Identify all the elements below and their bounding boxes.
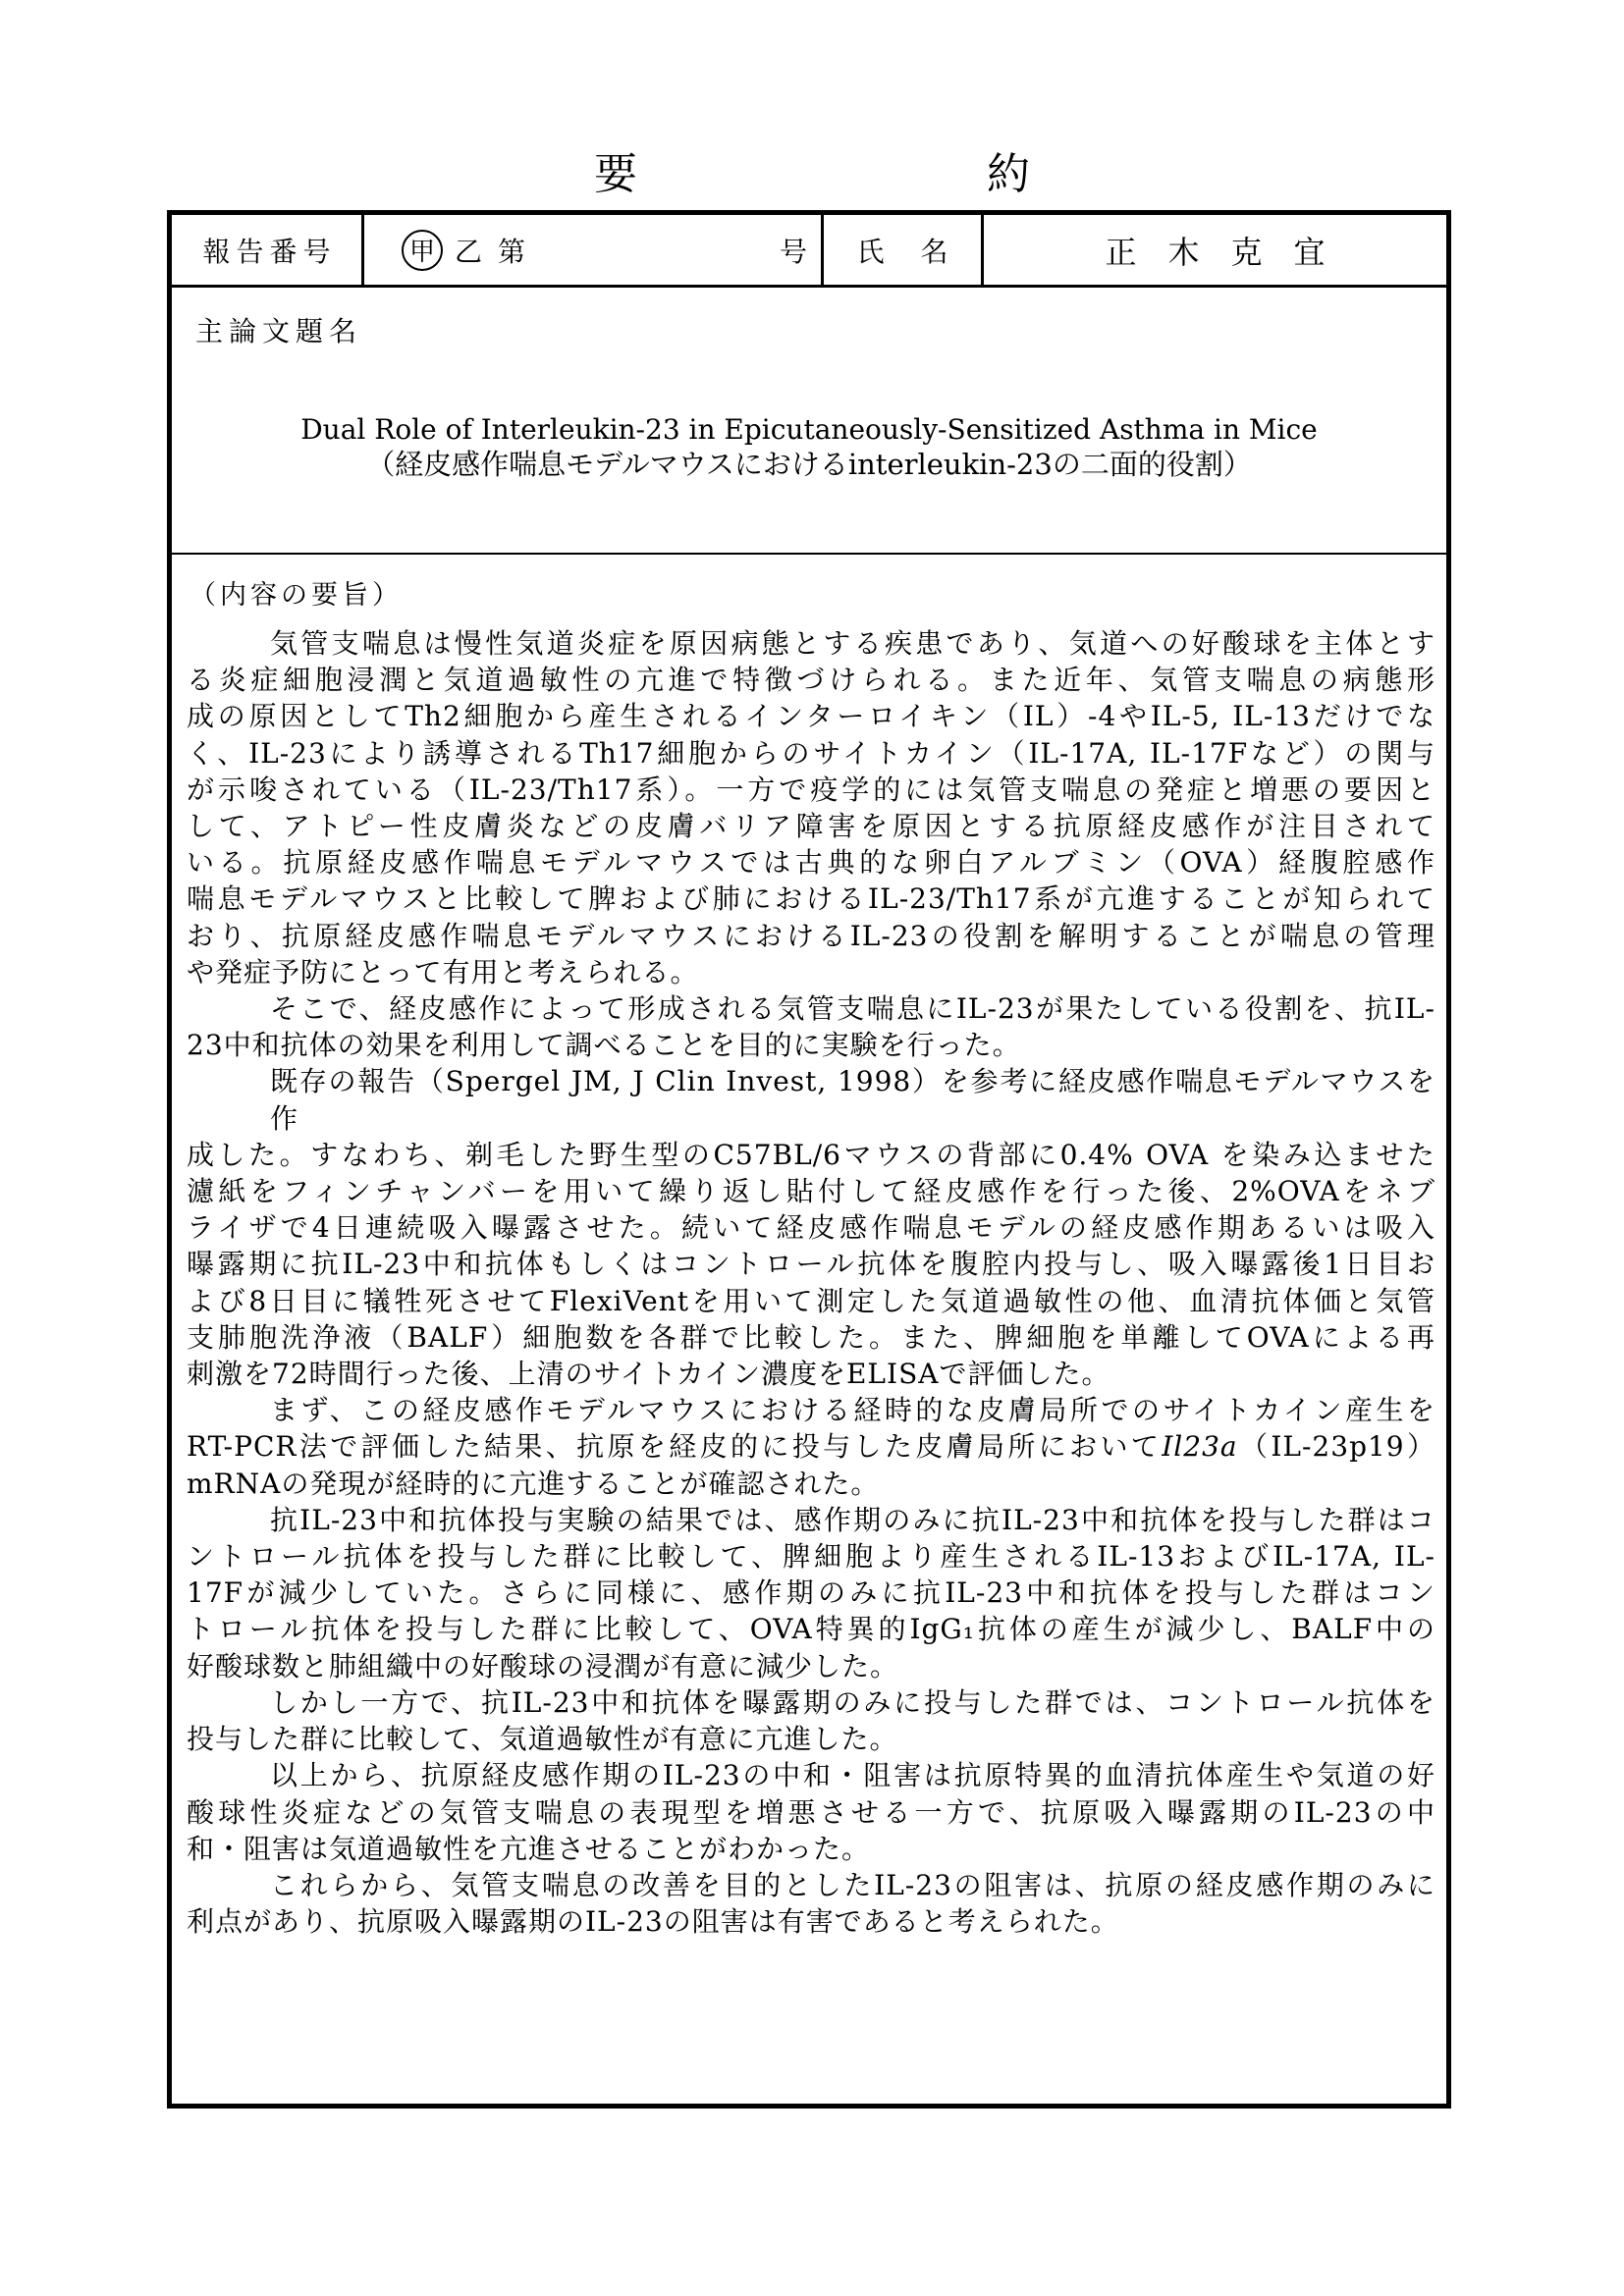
body-line: RT-PCR法で評価した結果、抗原を経皮的に投与した皮膚局所においてIl23a（… [187,1428,1435,1465]
body-line: 投与した群に比較して、気道過敏性が有意に亢進した。 [187,1721,1435,1757]
header-row: 報告番号 甲 乙 第 号 氏名 正木克宜 [172,215,1446,288]
body-line: よび8日目に犠牲死させてFlexiVentを用いて測定した気道過敏性の他、血清抗… [187,1283,1435,1319]
page-title: 要 約 [0,153,1624,196]
page-title-char-you: 要 [594,153,637,196]
summary-heading: （内容の要旨） [189,580,403,612]
report-number-label: 報告番号 [202,231,336,270]
body-line: 抗IL-23中和抗体投与実験の結果では、感作期のみに抗IL-23中和抗体を投与し… [187,1502,1435,1538]
name-value-cell: 正木克宜 [984,215,1446,285]
body-line: 刺激を72時間行った後、上清のサイトカイン濃度をELISAで評価した。 [187,1356,1435,1392]
italic-gene-name: Il23a [1162,1430,1237,1463]
thesis-title-japanese: （経皮感作喘息モデルマウスにおけるinterleukin-23の二面的役割） [172,448,1446,482]
body-line: 成の原因としてTh2細胞から産生されるインターロイキン（IL）-4やIL-5, … [187,698,1435,734]
report-number-label-cell: 報告番号 [172,215,364,285]
body-line: 成した。すなわち、剃毛した野生型のC57BL/6マウスの背部に0.4% OVA … [187,1137,1435,1173]
form-box: 報告番号 甲 乙 第 号 氏名 正木克宜 主論文題名 Dual Role of … [167,210,1451,2109]
body-line: 以上から、抗原経皮感作期のIL-23の中和・阻害は抗原特異的血清抗体産生や気道の… [187,1757,1435,1793]
thesis-title-section: 主論文題名 Dual Role of Interleukin-23 in Epi… [172,288,1446,555]
body-line: そこで、経皮感作によって形成される気管支喘息にIL-23が果たしている役割を、抗… [187,990,1435,1027]
body-line: 曝露期に抗IL-23中和抗体もしくはコントロール抗体を腹腔内投与し、吸入曝露後1… [187,1246,1435,1282]
thesis-title-english: Dual Role of Interleukin-23 in Epicutane… [172,413,1446,447]
name-value: 正木克宜 [1105,228,1356,273]
body-line: が示唆されている（IL-23/Th17系）。一方で疫学的には気管支喘息の発症と増… [187,772,1435,808]
body-line: 濾紙をフィンチャンバーを用いて繰り返し貼付して経皮感作を行った後、2%OVAをネ… [187,1173,1435,1209]
page-title-char-yaku: 約 [987,153,1030,196]
body-line: や発症予防にとって有用と考えられる。 [187,954,1435,990]
body-line: 利点があり、抗原吸入曝露期のIL-23の阻害は有害であると考えられた。 [187,1903,1435,1940]
body-line: ントロール抗体を投与した群に比較して、脾細胞より産生されるIL-13およびIL-… [187,1538,1435,1575]
name-label: 氏名 [856,231,984,270]
body-line: 既存の報告（Spergel JM, J Clin Invest, 1998）を参… [187,1063,1435,1136]
dai-prefix: 第 [498,231,525,270]
body-line: mRNAの発現が経時的に亢進することが確認された。 [187,1466,1435,1502]
body-line: 喘息モデルマウスと比較して脾および肺におけるIL-23/Th17系が亢進すること… [187,881,1435,917]
summary-section: （内容の要旨） 気管支喘息は慢性気道炎症を原因病態とする疾患であり、気道への好酸… [172,555,1446,2104]
gou-suffix: 号 [780,231,807,270]
body-line: おり、抗原経皮感作喘息モデルマウスにおけるIL-23の役割を解明することが喘息の… [187,918,1435,954]
body-line: 気管支喘息は慢性気道炎症を原因病態とする疾患であり、気道への好酸球を主体とす [187,625,1435,662]
otsu-mark: 乙 [455,231,482,270]
body-line: く、IL-23により誘導されるTh17細胞からのサイトカイン（IL-17A, I… [187,735,1435,772]
kou-circled-mark: 甲 [402,230,443,271]
summary-body: 気管支喘息は慢性気道炎症を原因病態とする疾患であり、気道への好酸球を主体とする炎… [187,625,1435,1940]
thesis-title-label: 主論文題名 [195,315,362,348]
abstract-page: 要 約 報告番号 甲 乙 第 号 氏名 正木克宜 主論文題名 Dual Role… [0,0,1624,2296]
body-line: 和・阻害は気道過敏性を亢進させることがわかった。 [187,1831,1435,1867]
body-line: して、アトピー性皮膚炎などの皮膚バリア障害を原因とする抗原経皮感作が注目されて [187,808,1435,844]
body-line: ライザで4日連続吸入曝露させた。続いて経皮感作喘息モデルの経皮感作期あるいは吸入 [187,1209,1435,1246]
body-line: 支肺胞洗浄液（BALF）細胞数を各群で比較した。また、脾細胞を単離してOVAによ… [187,1319,1435,1356]
body-line: いる。抗原経皮感作喘息モデルマウスでは古典的な卵白アルブミン（OVA）経腹腔感作 [187,844,1435,881]
body-line: しかし一方で、抗IL-23中和抗体を曝露期のみに投与した群では、コントロール抗体… [187,1684,1435,1721]
report-number-value-cell: 甲 乙 第 号 [364,215,824,285]
body-line: これらから、気管支喘息の改善を目的としたIL-23の阻害は、抗原の経皮感作期のみ… [187,1867,1435,1903]
body-line: 23中和抗体の効果を利用して調べることを目的に実験を行った。 [187,1027,1435,1063]
name-label-cell: 氏名 [824,215,984,285]
body-line: 好酸球数と肺組織中の好酸球の浸潤が有意に減少した。 [187,1648,1435,1684]
body-line: トロール抗体を投与した群に比較して、OVA特異的IgG₁抗体の産生が減少し、BA… [187,1611,1435,1647]
body-line: 17Fが減少していた。さらに同様に、感作期のみに抗IL-23中和抗体を投与した群… [187,1575,1435,1611]
body-line: る炎症細胞浸潤と気道過敏性の亢進で特徴づけられる。また近年、気管支喘息の病態形 [187,662,1435,698]
body-line: まず、この経皮感作モデルマウスにおける経時的な皮膚局所でのサイトカイン産生を [187,1392,1435,1428]
body-line: 酸球性炎症などの気管支喘息の表現型を増悪させる一方で、抗原吸入曝露期のIL-23… [187,1794,1435,1831]
